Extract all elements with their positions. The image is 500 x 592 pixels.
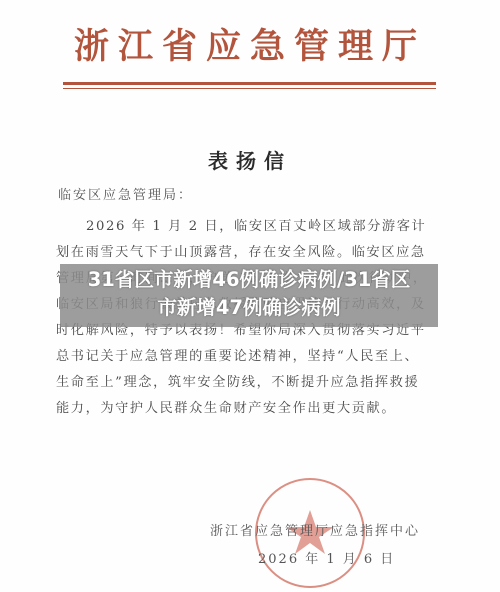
issuer-header: 浙江省应急管理厅 — [0, 27, 500, 67]
header-rule-thin — [63, 88, 436, 89]
signature-org: 浙江省应急管理厅应急指挥中心 — [210, 520, 420, 539]
signature-date: 2026 年 1 月 6 日 — [258, 548, 395, 567]
caption-overlay-text: 31省区市新增46例确诊病例/31省区 市新增47例确诊病例 — [60, 266, 438, 322]
caption-line-1: 31省区市新增46例确诊病例/31省区 — [60, 266, 438, 294]
caption-line-2: 市新增47例确诊病例 — [60, 294, 438, 322]
header-rule-thick — [63, 82, 436, 85]
document-title: 表扬信 — [0, 145, 500, 174]
salutation: 临安区应急管理局： — [58, 184, 193, 203]
